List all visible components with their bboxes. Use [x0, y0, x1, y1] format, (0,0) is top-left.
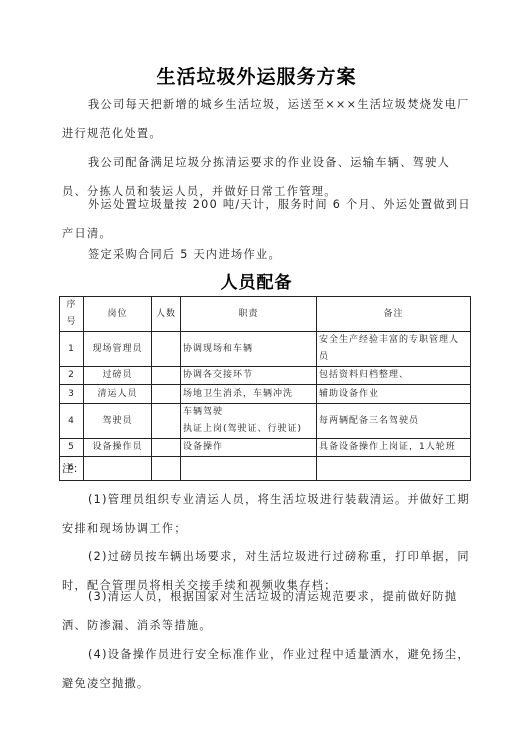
table-row: 3 清运人员 场地卫生消杀，车辆冲洗 辅助设备作业: [60, 385, 471, 404]
cell-remark: 包括资料归档整理、: [317, 367, 471, 385]
staffing-table: 序号 岗位 人数 职责 备注 1 现场管理员 协调现场和车辆 安全生产经验丰富的…: [59, 296, 471, 481]
table-row: 5 设备操作员 设备操作 具备设备操作上岗证，1人轮班: [60, 439, 471, 457]
header-no: 序号: [60, 297, 84, 332]
paragraph-4: 签定采购合同后 5 天内进场作业。: [62, 240, 472, 269]
cell-post: 清运人员: [84, 385, 152, 404]
cell-remark: 具备设备操作上岗证，1人轮班: [317, 439, 471, 457]
cell-duty: 场地卫生消杀，车辆冲洗: [181, 385, 317, 404]
table-row: 6: [60, 457, 471, 481]
cell-count: [152, 332, 181, 367]
note-3: (3)清运人员，根据国家对生活垃圾的清运规范要求，提前做好防抛洒、防渗漏、消杀等…: [62, 582, 472, 640]
cell-duty: 协调各交接环节: [181, 367, 317, 385]
cell-remark: [317, 457, 471, 481]
duty-line-2: 执证上岗(驾驶证、行驶证): [183, 421, 314, 438]
table-row: 2 过磅员 协调各交接环节 包括资料归档整理、: [60, 367, 471, 385]
cell-post: 过磅员: [84, 367, 152, 385]
document-page: 生活垃圾外运服务方案 我公司每天把新增的城乡生活垃圾，运送至×××生活垃圾焚烧发…: [0, 0, 513, 729]
cell-remark: 每两辆配备三名驾驶员: [317, 404, 471, 439]
cell-no: 2: [60, 367, 84, 385]
cell-post: 驾驶员: [84, 404, 152, 439]
cell-no: 5: [60, 439, 84, 457]
cell-count: [152, 457, 181, 481]
table-row: 4 驾驶员 车辆驾驶 执证上岗(驾驶证、行驶证) 每两辆配备三名驾驶员: [60, 404, 471, 439]
cell-count: [152, 404, 181, 439]
cell-no: 4: [60, 404, 84, 439]
cell-remark: 安全生产经验丰富的专职管理人员: [317, 332, 471, 367]
note-4: (4)设备操作员进行安全标准作业，作业过程中适量洒水，避免扬尘，避免凌空抛撒。: [62, 640, 472, 698]
cell-count: [152, 367, 181, 385]
duty-line-1: 车辆驾驶: [183, 404, 314, 421]
table-header-row: 序号 岗位 人数 职责 备注: [60, 297, 471, 332]
cell-duty: 设备操作: [181, 439, 317, 457]
note-1: (1)管理员组织专业清运人员，将生活垃圾进行装载清运。并做好工期安排和现场协调工…: [62, 485, 472, 543]
document-title: 生活垃圾外运服务方案: [0, 62, 513, 89]
cell-duty: 车辆驾驶 执证上岗(驾驶证、行驶证): [181, 404, 317, 439]
cell-post: [84, 457, 152, 481]
cell-count: [152, 439, 181, 457]
cell-post: 现场管理员: [84, 332, 152, 367]
cell-duty: [181, 457, 317, 481]
cell-count: [152, 385, 181, 404]
cell-remark: 辅助设备作业: [317, 385, 471, 404]
header-count: 人数: [152, 297, 181, 332]
table-row: 1 现场管理员 协调现场和车辆 安全生产经验丰富的专职管理人员: [60, 332, 471, 367]
cell-post: 设备操作员: [84, 439, 152, 457]
paragraph-1: 我公司每天把新增的城乡生活垃圾，运送至×××生活垃圾焚烧发电厂进行规范化处置。: [62, 90, 472, 148]
header-remark: 备注: [317, 297, 471, 332]
cell-duty: 协调现场和车辆: [181, 332, 317, 367]
section-title: 人员配备: [0, 268, 513, 293]
header-duty: 职责: [181, 297, 317, 332]
header-post: 岗位: [84, 297, 152, 332]
cell-no: 3: [60, 385, 84, 404]
notes-label: 注：: [62, 460, 84, 476]
cell-no: 1: [60, 332, 84, 367]
